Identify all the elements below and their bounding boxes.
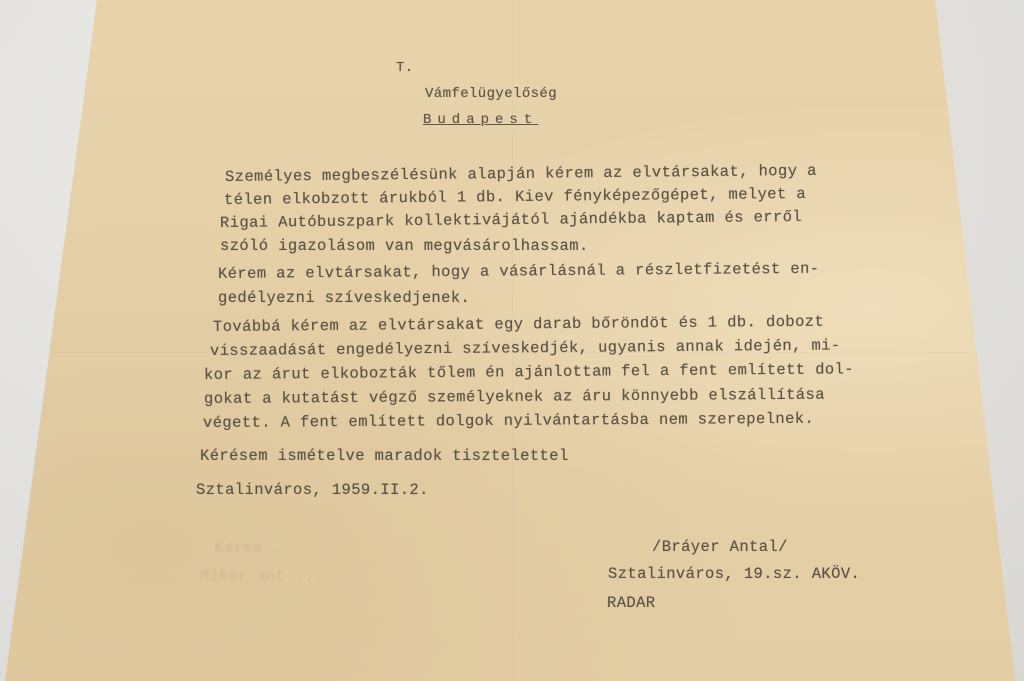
letter-paper: Kérem . Mikor ant ... T. Vámfelügyelőség…: [0, 0, 1024, 681]
body-line: Személyes megbeszélésünk alapján kérem a…: [225, 162, 817, 186]
show-through-text: Kérem .: [215, 540, 282, 557]
body-line: kor az árut elkobozták tőlem én ajánlott…: [204, 360, 854, 384]
body-line: végett. A fent említett dolgok nyilvánta…: [203, 410, 814, 432]
body-line: gedélyezni szíveskedjenek.: [218, 289, 470, 307]
body-line: Kérem az elvtársakat, hogy a vásárlásnál…: [218, 260, 820, 283]
body-line: télen elkobzott árukból 1 db. Kiev fényk…: [224, 185, 806, 209]
place-date: Sztalinváros, 1959.II.2.: [196, 481, 429, 499]
closing-line: Kérésem ismételve maradok tisztelettel: [200, 447, 569, 465]
signature-unit: RADAR: [607, 594, 656, 612]
salutation: T.: [396, 60, 414, 76]
signature-address: Sztalinváros, 19.sz. AKÖV.: [608, 565, 860, 583]
body-line: gokat a kutatást végző személyeknek az á…: [204, 386, 825, 408]
recipient-city: Budapest: [423, 112, 538, 128]
body-line: Rigai Autóbuszpark kollektivájától ajánd…: [220, 208, 802, 232]
body-line: szóló igazolásom van megvásárolhassam.: [220, 237, 589, 255]
signature-name: /Bráyer Antal/: [652, 538, 788, 556]
body-line: Továbbá kérem az elvtársakat egy darab b…: [213, 313, 824, 336]
recipient: Vámfelügyelőség: [425, 86, 557, 102]
body-line: visszaadását engedélyezni szíveskedjék, …: [210, 336, 841, 360]
show-through-text: Mikor ant ...: [200, 568, 324, 585]
